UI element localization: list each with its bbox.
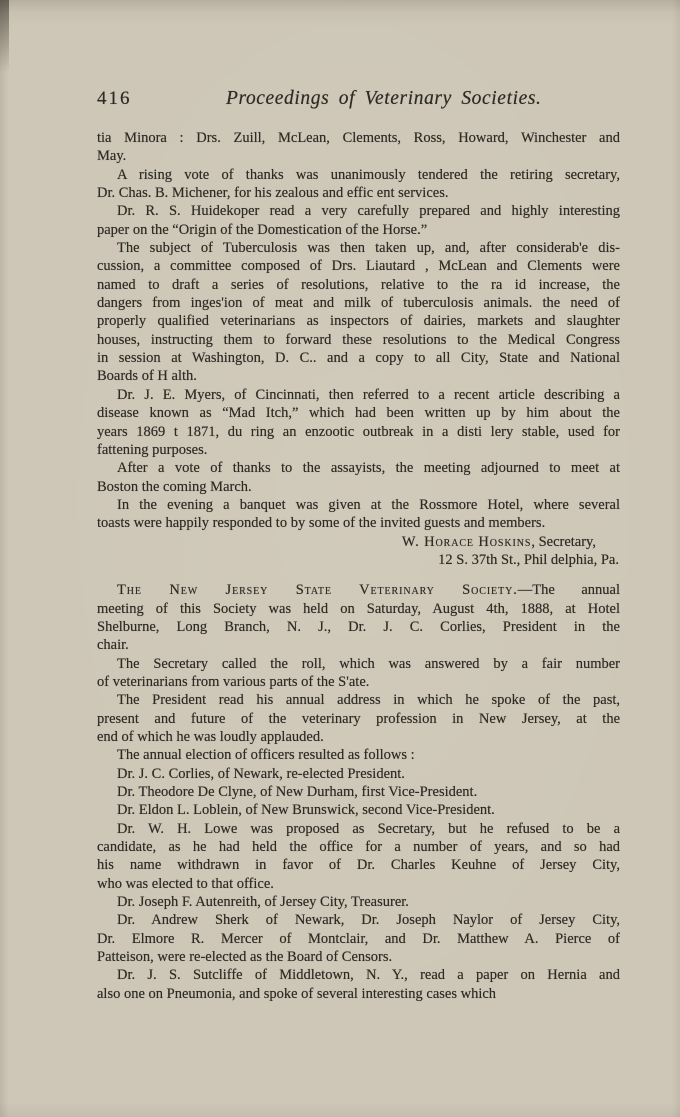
text-line: The annual election of officers resulted… [97, 746, 620, 764]
text-line: Boston the coming March. [97, 478, 620, 496]
text-line: toasts were happily responded to by some… [97, 514, 620, 532]
page-header: 416 Proceedings of Veterinary Societies. [97, 88, 620, 110]
text-line: tia Minora : Drs. Zuill, McLean, Clement… [97, 129, 620, 147]
page-number: 416 [97, 88, 132, 110]
text-line: Dr. Chas. B. Michener, for his zealous a… [97, 184, 620, 202]
text-line: Dr. Joseph F. Autenreith, of Jersey City… [97, 893, 620, 911]
page-body: tia Minora : Drs. Zuill, McLean, Clement… [97, 129, 620, 1003]
text-line: houses, instructing them to forward thes… [97, 331, 620, 349]
text-line: Dr. J. C. Corlies, of Newark, re-elected… [97, 765, 620, 783]
text-line: May. [97, 147, 620, 165]
text-line: years 1869 t 1871, du ring an enzootic o… [97, 423, 620, 441]
line-text: —The annual [518, 582, 620, 598]
signature-line: W. Horace Hoskins, Secretary, [97, 533, 620, 551]
text-line: dangers from inges'ion of meat and milk … [97, 294, 620, 312]
text-line: candidate, as he had held the office for… [97, 838, 620, 856]
text-line: fattening purposes. [97, 441, 620, 459]
text-line: his name withdrawn in favor of Dr. Charl… [97, 856, 620, 874]
text-line: end of which he was loudly applauded. [97, 728, 620, 746]
text-line: Dr. J. E. Myers, of Cincinnati, then ref… [97, 386, 620, 404]
text-line: Dr. R. S. Huidekoper read a very careful… [97, 202, 620, 220]
text-line: in session at Washington, D. C.. and a c… [97, 349, 620, 367]
text-line: In the evening a banquet was given at th… [97, 496, 620, 514]
small-caps-text: W. Horace Hoskins [402, 534, 531, 550]
text-line: of veterinarians from various parts of t… [97, 673, 620, 691]
section-gap [97, 569, 620, 581]
text-line: Patteison, were re-elected as the Board … [97, 948, 620, 966]
text-line: The New Jersey State Veterinary Society.… [97, 581, 620, 599]
text-line: The President read his annual address in… [97, 691, 620, 709]
scan-edge-shadow [0, 0, 9, 72]
text-line: also one on Pneumonia, and spoke of seve… [97, 985, 620, 1003]
text-line: A rising vote of thanks was unanimously … [97, 166, 620, 184]
text-line: Dr. W. H. Lowe was proposed as Secretary… [97, 820, 620, 838]
text-line: Shelburne, Long Branch, N. J., Dr. J. C.… [97, 618, 620, 636]
text-line: Dr. Andrew Sherk of Newark, Dr. Joseph N… [97, 911, 620, 929]
text-line: chair. [97, 636, 620, 654]
text-line: Dr. Eldon L. Loblein, of New Brunswick, … [97, 801, 620, 819]
text-line: Dr. J. S. Sutcliffe of Middletown, N. Y.… [97, 966, 620, 984]
text-line: cussion, a committee composed of Drs. Li… [97, 257, 620, 275]
text-line: disease known as “Mad Itch,” which had b… [97, 404, 620, 422]
book-page: 416 Proceedings of Veterinary Societies.… [0, 0, 680, 1117]
text-line: named to draft a series of resolutions, … [97, 276, 620, 294]
signature-line: 12 S. 37th St., Phil delphia, Pa. [97, 551, 620, 569]
text-line: Dr. Elmore R. Mercer of Montclair, and D… [97, 930, 620, 948]
text-line: Dr. Theodore De Clyne, of New Durham, fi… [97, 783, 620, 801]
text-line: paper on the “Origin of the Domesticatio… [97, 221, 620, 239]
text-line: meeting of this Society was held on Satu… [97, 600, 620, 618]
text-line: who was elected to that office. [97, 875, 620, 893]
running-title: Proceedings of Veterinary Societies. [140, 88, 629, 110]
line-text: , Secretary, [531, 534, 596, 550]
text-line: present and future of the veterinary pro… [97, 710, 620, 728]
text-line: The Secretary called the roll, which was… [97, 655, 620, 673]
small-caps-text: The New Jersey State Veterinary Society. [117, 582, 518, 598]
text-line: The subject of Tuberculosis was then tak… [97, 239, 620, 257]
text-line: After a vote of thanks to the assayists,… [97, 459, 620, 477]
text-line: Boards of H alth. [97, 367, 620, 385]
text-line: properly qualified veterinarians as insp… [97, 312, 620, 330]
